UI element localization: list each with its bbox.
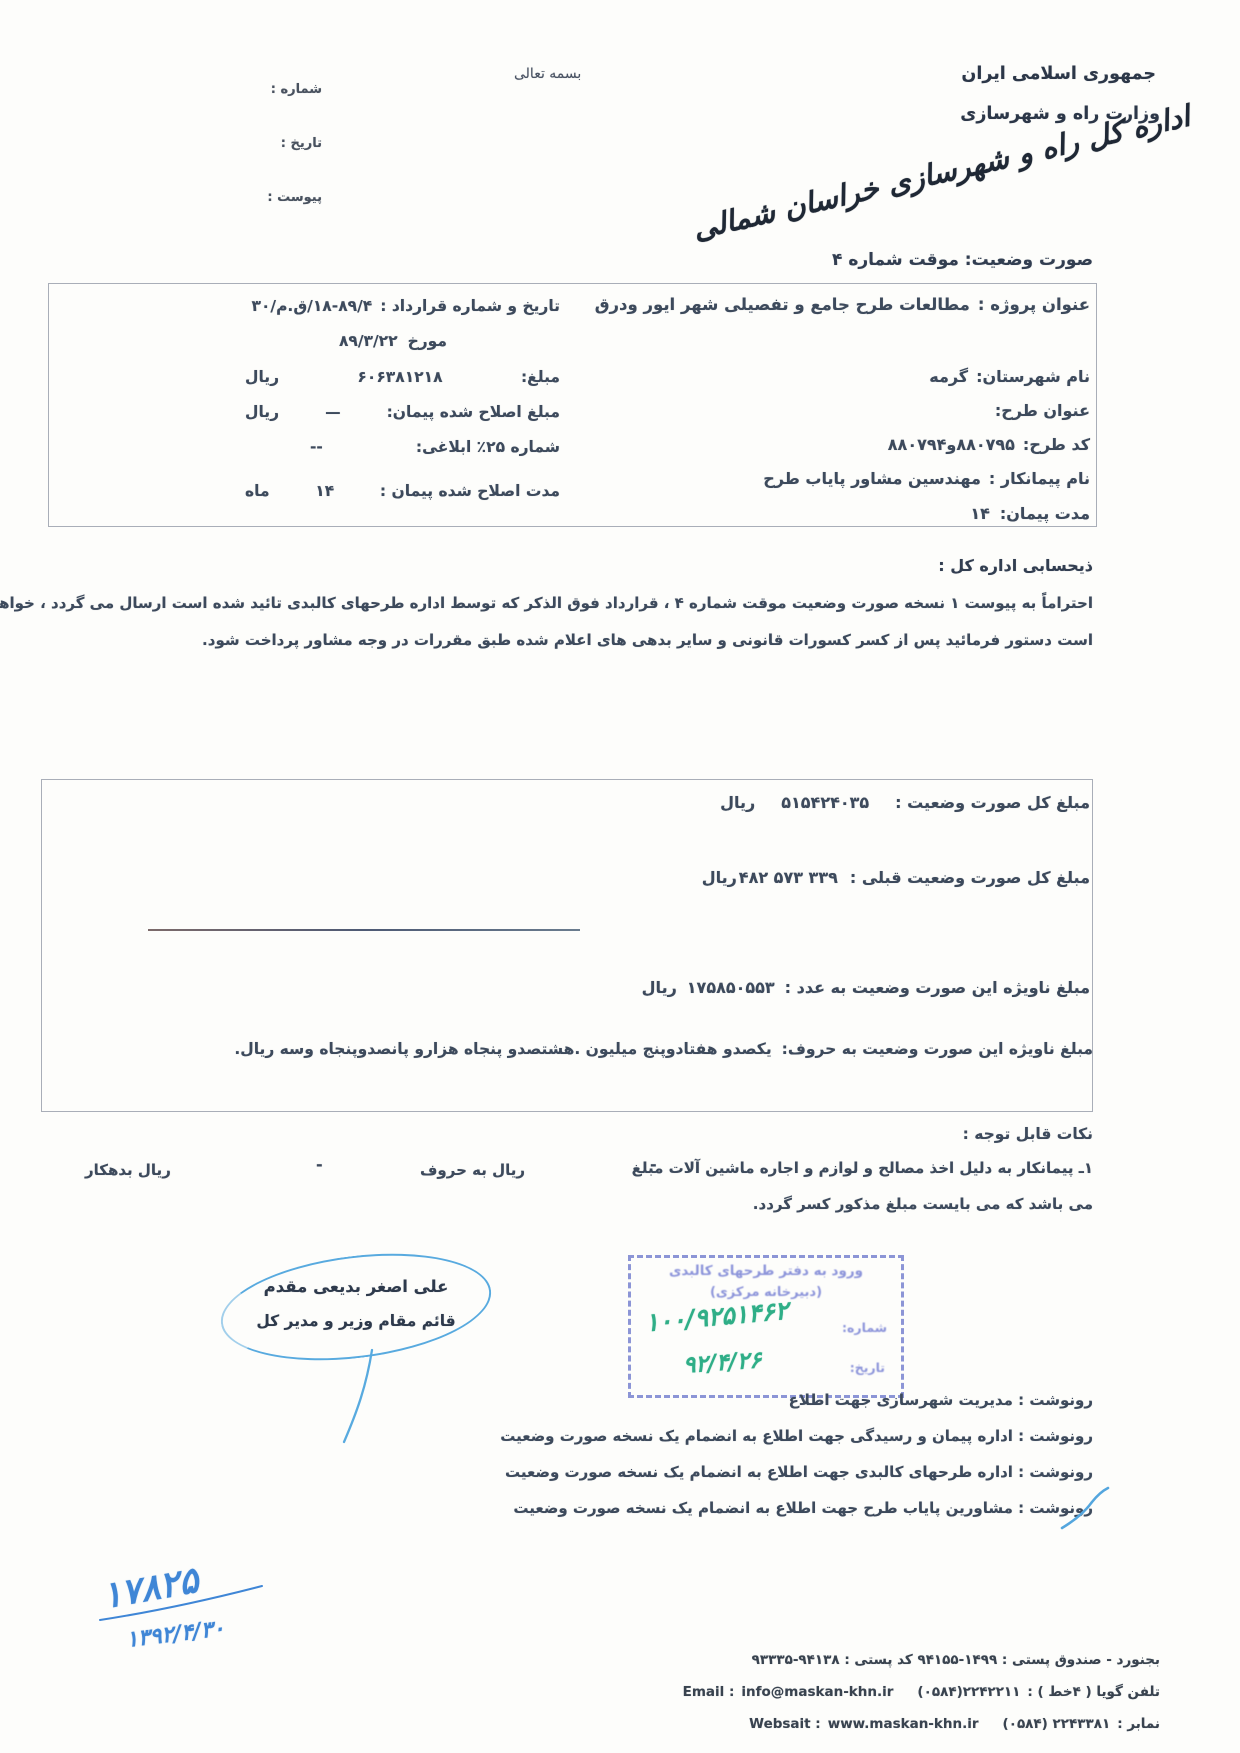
basmala-text: بسمه تعالی [514, 66, 581, 82]
copy-line-4: رونوشت : مشاورین پایاب طرح جهت اطلاع به … [513, 1499, 1093, 1517]
registry-stamp: ورود به دفتر طرحهای کالبدی (دبیرخانه مرک… [628, 1255, 904, 1398]
note1-lead: ۱ـ پیمانکار به دلیل اخذ مصالح و لوازم و … [632, 1159, 1093, 1177]
amended-amount-row: مبلغ اصلاح شده پیمان: — ریال [245, 403, 560, 421]
footer-email-value: info@maskan-khn.ir [741, 1684, 893, 1700]
net-amount-words-row: مبلغ ناویژه این صورت وضعیت به حروف: یکصد… [234, 1040, 1093, 1058]
contract-amount-label: مبلغ: [521, 368, 560, 386]
previous-amount-unit: ریال [702, 868, 737, 887]
stamp-date-handwritten: ۹۲/۴/۲۶ [682, 1347, 762, 1378]
note1-blank2: - [316, 1155, 323, 1174]
amended-duration-row: مدت اصلاح شده پیمان : ۱۴ ماه [245, 482, 560, 500]
contractor-row: نام پیمانکار : مهندسین مشاور پایاب طرح [763, 469, 1090, 488]
copy-line-1: رونوشت : مدیریت شهرسازی جهت اطلاع [789, 1391, 1093, 1409]
signature-tail-stroke [344, 1350, 372, 1442]
total-amount-unit: ریال [720, 793, 755, 812]
notice25-row: شماره ۲۵٪ ابلاغی: -- [310, 438, 560, 456]
contract-number-value: ۱۸-۸۹/۴/ق.م/۳۰ [251, 297, 372, 315]
previous-amount-value: ۳۳۹ ۵۷۳ ۴۸۲ [739, 868, 838, 887]
accounting-body-line2: است دستور فرمائید پس از کسر کسورات قانون… [202, 631, 1093, 649]
stamp-date-label: تاریخ: [850, 1360, 885, 1375]
total-amount-label: مبلغ کل صورت وضعیت : [895, 793, 1090, 812]
footer-web-label: Websait : [749, 1716, 821, 1732]
amended-amount-value: — [325, 403, 341, 421]
contract-amount-row: مبلغ: ۶۰۶۳۸۱۲۱۸ ریال [245, 368, 560, 386]
net-amount-digits-row: مبلغ ناویژه این صورت وضعیت به عدد : ۱۷۵۸… [642, 978, 1090, 997]
corner-attachment-label: پیوست : [267, 190, 322, 205]
total-amount-row: مبلغ کل صورت وضعیت : ۵۱۵۴۲۴۰۳۵ ریال [720, 793, 1090, 812]
plan-title-row: عنوان طرح: [995, 401, 1090, 420]
project-value: مطالعات طرح جامع و تفصیلی شهر ایور ودرق [595, 295, 970, 314]
contractor-value: مهندسین مشاور پایاب طرح [763, 469, 981, 488]
net-amount-digits-unit: ریال [642, 978, 677, 997]
amended-duration-unit: ماه [245, 482, 270, 500]
contract-amount-unit: ریال [245, 368, 279, 386]
accounting-heading: ذیحسابی اداره کل : [938, 556, 1093, 575]
footer-fax: نمابر : ۲۲۴۳۳۸۱ (۰۵۸۴) [1003, 1716, 1160, 1732]
statement-title: صورت وضعیت: موقت شماره ۴ [832, 250, 1093, 270]
copy-line-2: رونوشت : اداره پیمان و رسیدگی جهت اطلاع … [500, 1427, 1093, 1445]
footer-fax-label: نمابر : [1117, 1716, 1160, 1732]
signatory-title: قائم مقام وزیر و مدیر کل [228, 1312, 484, 1330]
note1-tail: می باشد که می بایست مبلغ مذکور کسر گردد. [753, 1195, 1093, 1213]
county-label: نام شهرستان: [976, 367, 1090, 386]
plan-code-value: ۸۸۰۷۹۵و۸۸۰۷۹۴ [888, 435, 1015, 454]
county-row: نام شهرستان: گرمه [929, 367, 1090, 386]
contract-amount-value: ۶۰۶۳۸۱۲۱۸ [357, 368, 442, 386]
previous-amount-row: مبلغ کل صورت وضعیت قبلی : ۳۳۹ ۵۷۳ ۴۸۲ ری… [702, 868, 1090, 887]
notice25-value: -- [310, 438, 323, 456]
footer-phone-value: ۲۲۴۲۲۱۱(۰۵۸۴) [917, 1684, 1020, 1700]
stamp-number-label: شماره: [842, 1320, 887, 1335]
notes-heading: نکات قابل توجه : [963, 1125, 1093, 1143]
footer-phone-email-line: تلفن گویا ( ۴خط ) : ۲۲۴۲۲۱۱(۰۵۸۴) Email … [683, 1684, 1160, 1700]
handwritten-date: ۱۳۹۲/۴/۳۰ [125, 1616, 226, 1653]
plan-code-row: کد طرح: ۸۸۰۷۹۵و۸۸۰۷۹۴ [888, 435, 1090, 454]
statement-info-box [48, 283, 1097, 527]
stamp-title-line1: ورود به دفتر طرحهای کالبدی [631, 1263, 901, 1279]
handwritten-number: ۱۷۸۲۵ [99, 1560, 201, 1617]
contract-number-row: تاریخ و شماره قرارداد : ۱۸-۸۹/۴/ق.م/۳۰ [251, 297, 560, 315]
corner-date-label: تاریخ : [281, 136, 322, 151]
contract-number-label: تاریخ و شماره قرارداد : [380, 297, 560, 315]
contract-date-value: ۸۹/۳/۲۲ [339, 332, 398, 350]
duration-label: مدت پیمان: [1000, 504, 1090, 523]
copy-line-3: رونوشت : اداره طرحهای کالبدی جهت اطلاع ب… [505, 1463, 1093, 1481]
duration-value: ۱۴ [970, 504, 990, 523]
signatory-name: علی اصغر بدیعی مقدم [240, 1277, 472, 1296]
duration-row: مدت پیمان: ۱۴ [970, 504, 1090, 523]
amended-amount-label: مبلغ اصلاح شده پیمان: [387, 403, 560, 421]
scanned-official-letter: شماره : تاریخ : پیوست : بسمه تعالی جمهور… [0, 0, 1240, 1753]
stamp-number-handwritten: ۱۰۰/۹۲۵۱۴۶۲ [644, 1296, 789, 1337]
plan-code-label: کد طرح: [1023, 435, 1090, 454]
contract-date-row: مورخ ۸۹/۳/۲۲ [339, 332, 447, 350]
project-label: عنوان پروژه : [978, 295, 1090, 314]
net-amount-words-value: یکصدو هفتادوپنج میلیون .هشتصدو پنجاه هزا… [234, 1040, 771, 1058]
notice25-label: شماره ۲۵٪ ابلاغی: [416, 438, 560, 456]
accounting-body-line1: احتراماً به پیوست ۱ نسخه صورت وضعیت موقت… [0, 594, 1093, 612]
note1-words-label: ریال به حروف [420, 1161, 525, 1179]
footer-fax-value: ۲۲۴۳۳۸۱ (۰۵۸۴) [1003, 1716, 1111, 1732]
net-amount-words-label: مبلغ ناویژه این صورت وضعیت به حروف: [782, 1040, 1093, 1058]
contractor-label: نام پیمانکار : [989, 469, 1090, 488]
note1-debit-label: ریال بدهکار [85, 1161, 171, 1179]
note1-blank1: - [650, 1155, 657, 1174]
plan-title-label: عنوان طرح: [995, 401, 1090, 420]
footer-phone: تلفن گویا ( ۴خط ) : ۲۲۴۲۲۱۱(۰۵۸۴) [917, 1684, 1160, 1700]
footer-web-value: www.maskan-khn.ir [828, 1716, 979, 1732]
footer-address: بجنورد - صندوق پستی : ۱۴۹۹-۹۴۱۵۵ کد پستی… [752, 1652, 1160, 1668]
net-amount-digits-label: مبلغ ناویژه این صورت وضعیت به عدد : [785, 978, 1090, 997]
amounts-box [41, 779, 1093, 1112]
amended-duration-label: مدت اصلاح شده پیمان : [380, 482, 560, 500]
previous-amount-label: مبلغ کل صورت وضعیت قبلی : [850, 868, 1090, 887]
signature-oval [215, 1240, 497, 1374]
footer-phone-label: تلفن گویا ( ۴خط ) : [1027, 1684, 1160, 1700]
footer-web: Websait : www.maskan-khn.ir [749, 1716, 978, 1732]
footer-email-label: Email : [683, 1684, 735, 1700]
corner-number-label: شماره : [271, 82, 322, 97]
project-row: عنوان پروژه : مطالعات طرح جامع و تفصیلی … [595, 295, 1090, 314]
footer-fax-web-line: نمابر : ۲۲۴۳۳۸۱ (۰۵۸۴) Websait : www.mas… [749, 1716, 1160, 1732]
footer-email: Email : info@maskan-khn.ir [683, 1684, 894, 1700]
contract-date-label: مورخ [408, 332, 447, 350]
amounts-separator-line [148, 929, 580, 931]
letterhead-country: جمهوری اسلامی ایران [961, 64, 1156, 84]
county-value: گرمه [929, 367, 968, 386]
net-amount-digits-value: ۱۷۵۸۵۰۵۵۳ [687, 978, 775, 997]
total-amount-value: ۵۱۵۴۲۴۰۳۵ [781, 793, 869, 812]
amended-duration-value: ۱۴ [315, 482, 334, 500]
amended-amount-unit: ریال [245, 403, 279, 421]
